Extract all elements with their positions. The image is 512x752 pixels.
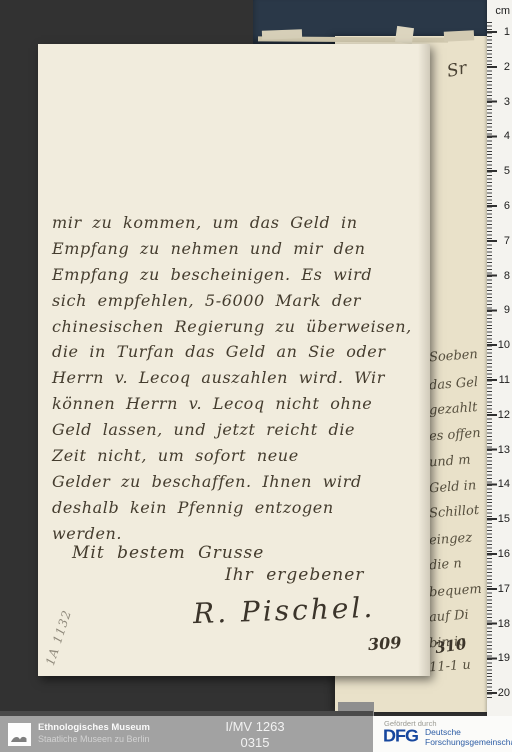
right-page-fragment: und m	[429, 451, 488, 471]
letter-line: sich empfehlen, 5-6000 Mark der	[52, 288, 424, 314]
reference-block: I/MV 1263 0315	[180, 719, 330, 750]
museum-title: Ethnologisches Museum	[38, 722, 150, 733]
ruler-mark-label: 14	[494, 478, 510, 490]
reference-folio: 0315	[180, 735, 330, 750]
letter-line: Empfang zu nehmen und mir den	[52, 236, 424, 262]
pencil-inventory-note: 1A 1132	[43, 587, 81, 667]
right-page-fragment: Soeben	[429, 346, 488, 366]
ruler-mark-label: 9	[494, 304, 510, 316]
ruler-mark-label: 3	[494, 96, 510, 108]
funding-panel: Gefördert durch DFG Deutsche Forschungsg…	[373, 716, 512, 752]
ruler-mark-label: 13	[494, 444, 510, 456]
letter-line: Herrn v. Lecoq auszahlen wird. Wir	[52, 365, 424, 391]
ruler-mark-label: 10	[494, 339, 510, 351]
ruler: cm 1234567891011121314151617181920	[487, 0, 512, 716]
museum-logo-icon	[8, 723, 31, 746]
ruler-mark-label: 4	[494, 130, 510, 142]
ruler-mark-label: 15	[494, 513, 510, 525]
ruler-unit-label: cm	[495, 5, 510, 17]
right-page-salutation: Sr	[445, 58, 469, 82]
right-page-fragment: gezahlt	[429, 399, 488, 419]
right-page-fragment: eingez	[429, 529, 488, 549]
museum-subtitle: Staatliche Museen zu Berlin	[38, 734, 150, 744]
ruler-mark-label: 20	[494, 687, 510, 699]
letter-line: die in Turfan das Geld an Sie oder	[52, 339, 424, 365]
funding-name: Deutsche Forschungsgemeinschaft	[425, 728, 512, 747]
letter-line: deshalb kein Pfennig entzogen	[52, 495, 424, 521]
ruler-mark-label: 19	[494, 652, 510, 664]
ruler-mark-label: 7	[494, 235, 510, 247]
letter-body: mir zu kommen, um das Geld in Empfang zu…	[52, 210, 424, 547]
ruler-mark-label: 16	[494, 548, 510, 560]
ruler-mark-label: 11	[494, 374, 510, 386]
torn-paper-tab	[262, 29, 302, 39]
ruler-mark-label: 5	[494, 165, 510, 177]
letter-signature: R. Pischel.	[192, 591, 375, 630]
ruler-mark-label: 8	[494, 270, 510, 282]
funding-name-line2: Forschungsgemeinschaft	[425, 738, 512, 748]
ruler-mark-label: 2	[494, 61, 510, 73]
letter-line: Empfang zu bescheinigen. Es wird	[52, 262, 424, 288]
letter-line: können Herrn v. Lecoq nicht ohne	[52, 391, 424, 417]
right-page-fragment: bequem	[429, 581, 488, 601]
right-page-fragment: die n	[429, 554, 488, 574]
manuscript-page: mir zu kommen, um das Geld in Empfang zu…	[38, 44, 430, 676]
reference-id: I/MV 1263	[180, 719, 330, 735]
letter-valediction: Ihr ergebener	[225, 565, 364, 585]
ruler-mark-label: 17	[494, 583, 510, 595]
right-page-fragment: 11-1 u	[429, 656, 488, 676]
ruler-mark-label: 18	[494, 618, 510, 630]
right-page-fragment: Schillot	[429, 502, 488, 522]
right-page-number: 310	[434, 635, 468, 657]
letter-line: Geld lassen, und jetzt reicht die	[52, 417, 424, 443]
right-page-fragment: auf Di	[429, 606, 488, 626]
torn-paper-tab	[395, 26, 414, 44]
ruler-mark-label: 6	[494, 200, 510, 212]
dfg-logo: DFG	[383, 727, 418, 747]
right-page-fragment: Geld in	[429, 477, 488, 497]
torn-paper-tab	[444, 30, 474, 42]
page-number: 309	[367, 633, 402, 654]
ruler-mark-label: 1	[494, 26, 510, 38]
letter-line: chinesischen Regierung zu überweisen,	[52, 314, 424, 340]
scan-viewer: Sr Soebendas Gelgezahltes offenund mGeld…	[0, 0, 512, 752]
right-page-fragment: das Gel	[429, 374, 488, 394]
ruler-mark-label: 12	[494, 409, 510, 421]
letter-closing: Mit bestem Grusse	[72, 543, 264, 563]
right-page-fragment: es offen	[429, 425, 488, 445]
letter-line: Gelder zu beschaffen. Ihnen wird	[52, 469, 424, 495]
letter-line: mir zu kommen, um das Geld in	[52, 210, 424, 236]
letter-line: Zeit nicht, um sofort neue	[52, 443, 424, 469]
